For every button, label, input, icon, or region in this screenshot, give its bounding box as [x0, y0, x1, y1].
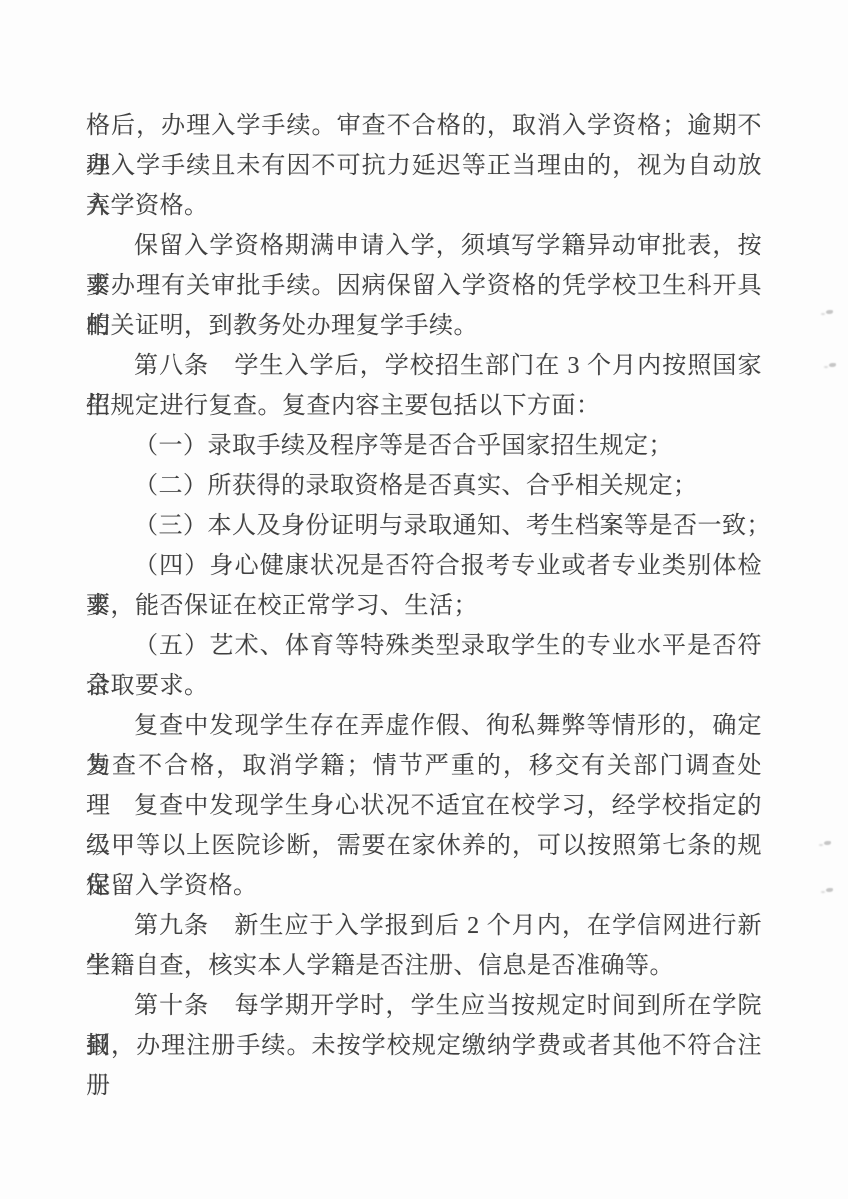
text-line: 到，办理注册手续。未按学校规定缴纳学费或者其他不符合注册	[86, 1026, 762, 1066]
text-line: （一）录取手续及程序等是否合乎国家招生规定；	[86, 426, 762, 466]
text-line: 保留入学资格期满申请入学，须填写学籍异动审批表，按要	[86, 226, 762, 266]
text-line: 复查中发现学生存在弄虚作假、徇私舞弊等情形的，确定为	[86, 706, 762, 746]
text-line: 级甲等以上医院诊断，需要在家休养的，可以按照第七条的规定	[86, 826, 762, 866]
text-line: 生规定进行复查。复查内容主要包括以下方面：	[86, 386, 762, 426]
text-line: 求，能否保证在校正常学习、生活；	[86, 586, 762, 626]
text-line: 求办理有关审批手续。因病保留入学资格的凭学校卫生科开具的	[86, 266, 762, 306]
text-line: 录取要求。	[86, 666, 762, 706]
text-line: 格后，办理入学手续。审查不合格的，取消入学资格；逾期不办	[86, 106, 762, 146]
text-line: 保留入学资格。	[86, 866, 762, 906]
text-line: 理入学手续且未有因不可抗力延迟等正当理由的，视为自动放弃	[86, 146, 762, 186]
text-line: （三）本人及身份证明与录取通知、考生档案等是否一致；	[86, 506, 762, 546]
text-line: 复查中发现学生身心状况不适宜在校学习，经学校指定的二	[86, 786, 762, 826]
text-line: 学籍自查，核实本人学籍是否注册、信息是否准确等。	[86, 946, 762, 986]
text-line: 第九条 新生应于入学报到后 2 个月内，在学信网进行新生	[86, 906, 762, 946]
text-block: 格后，办理入学手续。审查不合格的，取消入学资格；逾期不办 理入学手续且未有因不可…	[86, 106, 762, 1066]
text-line: 相关证明，到教务处办理复学手续。	[86, 306, 762, 346]
text-line: 入学资格。	[86, 186, 762, 226]
text-line: （二）所获得的录取资格是否真实、合乎相关规定；	[86, 466, 762, 506]
document-page: 格后，办理入学手续。审查不合格的，取消入学资格；逾期不办 理入学手续且未有因不可…	[0, 0, 848, 1199]
text-line: 第八条 学生入学后，学校招生部门在 3 个月内按照国家招	[86, 346, 762, 386]
text-line: 第十条 每学期开学时，学生应当按规定时间到所在学院报	[86, 986, 762, 1026]
text-line: （四）身心健康状况是否符合报考专业或者专业类别体检要	[86, 546, 762, 586]
text-line: 复查不合格，取消学籍；情节严重的，移交有关部门调查处理。	[86, 746, 762, 786]
text-line: （五）艺术、体育等特殊类型录取学生的专业水平是否符合	[86, 626, 762, 666]
